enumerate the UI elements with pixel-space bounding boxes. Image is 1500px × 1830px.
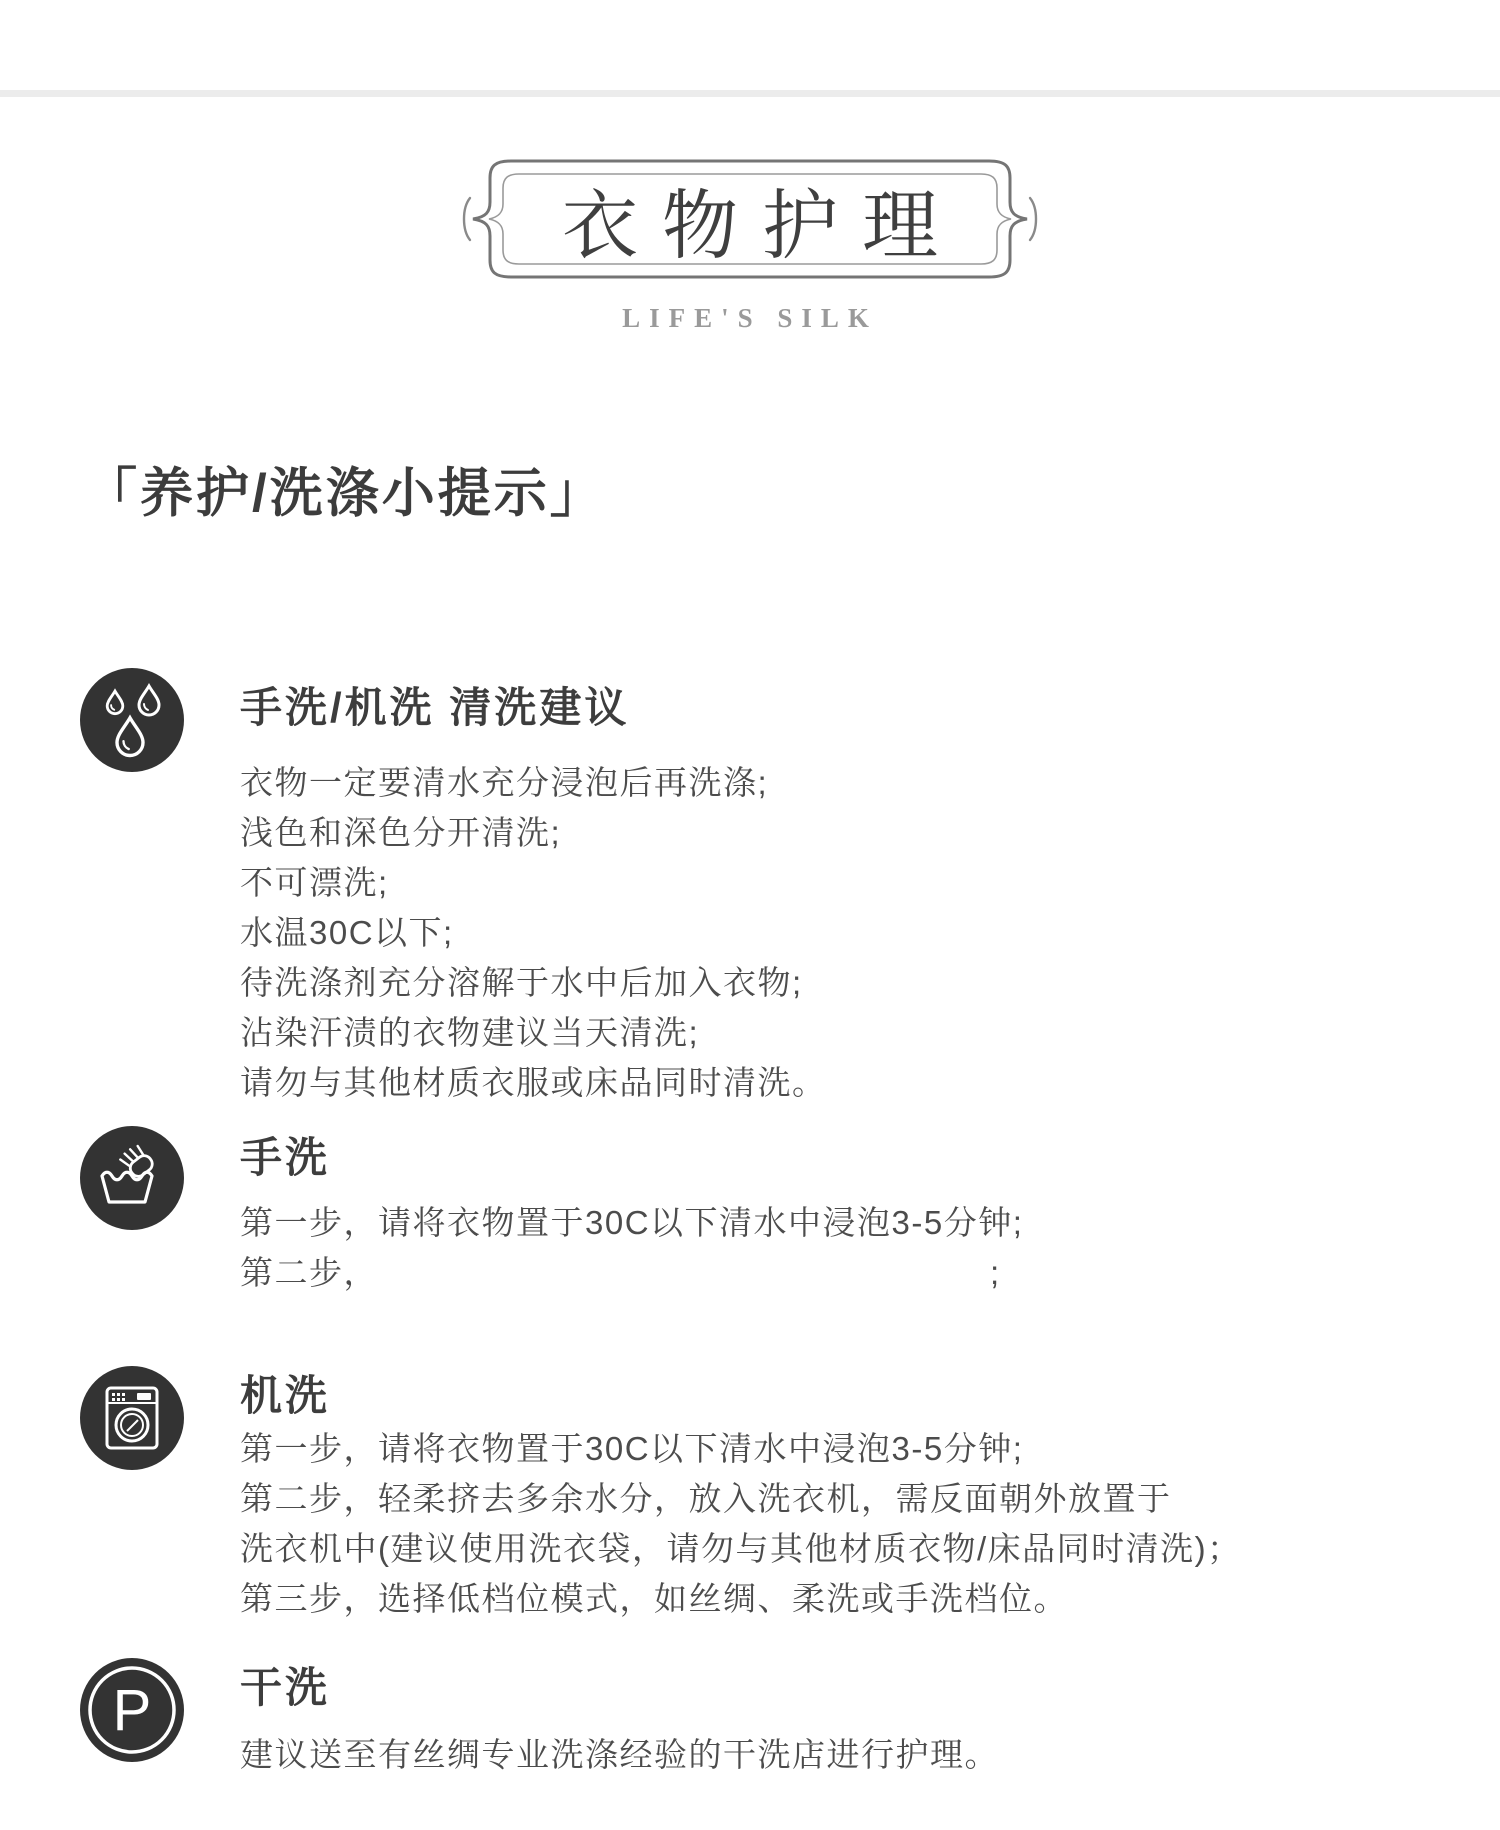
section-body: 建议送至有丝绸专业洗涤经验的干洗店进行护理。: [240, 1730, 1460, 1780]
water-drops-icon: [80, 668, 184, 772]
section-divider: [0, 90, 1500, 97]
body-line: 洗衣机中(建议使用洗衣袋，请勿与其他材质衣物/床品同时清洗)；: [240, 1524, 1460, 1574]
section-title: 手洗: [240, 1132, 1460, 1184]
care-section-dry-clean: P 干洗建议送至有丝绸专业洗涤经验的干洗店进行护理。: [80, 1658, 1460, 1780]
care-section-machine-wash: 机洗第一步，请将衣物置于30C以下清水中浸泡3-5分钟;第二步，轻柔挤去多余水分…: [80, 1366, 1460, 1624]
body-line: 衣物一定要清水充分浸泡后再洗涤;: [240, 758, 1460, 808]
body-line: 沾染汗渍的衣物建议当天清洗;: [240, 1008, 1460, 1058]
body-line: 第三步，选择低档位模式，如丝绸、柔洗或手洗档位。: [240, 1574, 1460, 1624]
body-line: 第一步，请将衣物置于30C以下清水中浸泡3-5分钟;: [240, 1424, 1460, 1474]
section-text: 手洗/机洗 清洗建议衣物一定要清水充分浸泡后再洗涤;浅色和深色分开清洗;不可漂洗…: [240, 682, 1460, 1108]
body-line: 浅色和深色分开清洗;: [240, 808, 1460, 858]
section-title: 手洗/机洗 清洗建议: [240, 682, 1460, 734]
hand-wash-icon: [80, 1126, 184, 1230]
line-prefix: 第二步，: [240, 1254, 378, 1291]
section-body: 衣物一定要清水充分浸泡后再洗涤;浅色和深色分开清洗;不可漂洗;水温30C以下;待…: [240, 758, 1460, 1108]
section-title: 干洗: [240, 1662, 1460, 1714]
dry-clean-p-icon: P: [80, 1658, 184, 1762]
body-line: 第二步，;: [240, 1248, 1460, 1298]
body-line: 建议送至有丝绸专业洗涤经验的干洗店进行护理。: [240, 1730, 1460, 1780]
section-text: 机洗第一步，请将衣物置于30C以下清水中浸泡3-5分钟;第二步，轻柔挤去多余水分…: [240, 1370, 1460, 1624]
body-line: 请勿与其他材质衣服或床品同时清洗。: [240, 1058, 1460, 1108]
section-title: 机洗: [240, 1370, 1460, 1422]
page-title: 衣物护理: [461, 148, 1039, 290]
body-line: 水温30C以下;: [240, 908, 1460, 958]
body-line: 不可漂洗;: [240, 858, 1460, 908]
care-section-hand-wash: 手洗第一步，请将衣物置于30C以下清水中浸泡3-5分钟;第二步，;: [80, 1126, 1460, 1298]
care-title-frame: 衣物护理: [461, 148, 1039, 290]
tips-heading: 「养护/洗涤小提示」: [84, 458, 606, 530]
section-body: 第一步，请将衣物置于30C以下清水中浸泡3-5分钟;第二步，轻柔挤去多余水分，放…: [240, 1424, 1460, 1624]
section-body: 第一步，请将衣物置于30C以下清水中浸泡3-5分钟;第二步，;: [240, 1198, 1460, 1298]
brand-subtitle: LIFE'S SILK: [0, 303, 1500, 334]
svg-text:P: P: [113, 1678, 152, 1743]
section-text: 手洗第一步，请将衣物置于30C以下清水中浸泡3-5分钟;第二步，;: [240, 1132, 1460, 1298]
body-line: 第一步，请将衣物置于30C以下清水中浸泡3-5分钟;: [240, 1198, 1460, 1248]
body-line: 待洗涤剂充分溶解于水中后加入衣物;: [240, 958, 1460, 1008]
section-text: 干洗建议送至有丝绸专业洗涤经验的干洗店进行护理。: [240, 1662, 1460, 1780]
line-suffix: ;: [990, 1254, 1001, 1291]
body-line: 第二步，轻柔挤去多余水分，放入洗衣机，需反面朝外放置于: [240, 1474, 1460, 1524]
washing-machine-icon: [80, 1366, 184, 1470]
care-section-wash-advice: 手洗/机洗 清洗建议衣物一定要清水充分浸泡后再洗涤;浅色和深色分开清洗;不可漂洗…: [80, 668, 1460, 1108]
